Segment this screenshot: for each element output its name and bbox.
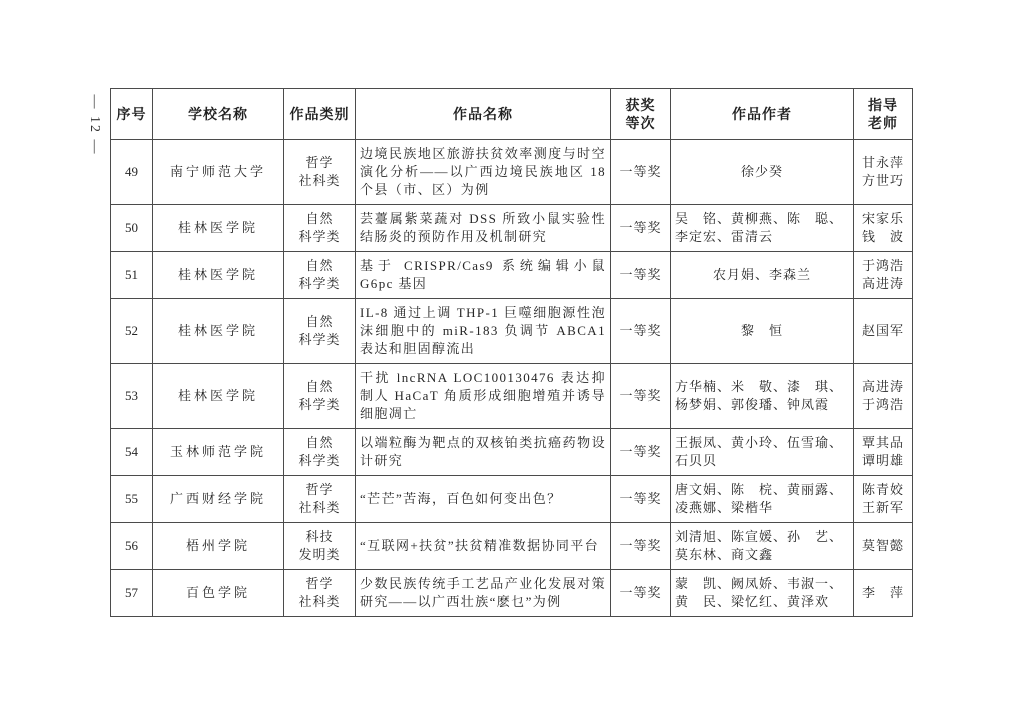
cell-authors: 黎 恒 bbox=[671, 299, 854, 364]
col-header-category: 作品类别 bbox=[284, 89, 356, 140]
cell-teachers: 于鸿浩 高进涛 bbox=[854, 252, 913, 299]
cell-authors: 王振凤、黄小玲、伍雪瑜、石贝贝 bbox=[671, 429, 854, 476]
cell-teachers: 覃其品 谭明雄 bbox=[854, 429, 913, 476]
cell-work-title: 少数民族传统手工艺品产业化发展对策研究——以广西壮族“麽乜”为例 bbox=[356, 570, 611, 617]
cell-award-level: 一等奖 bbox=[611, 140, 671, 205]
cell-authors: 徐少癸 bbox=[671, 140, 854, 205]
cell-authors: 蒙 凯、阙凤娇、韦淑一、黄 民、梁忆红、黄泽欢 bbox=[671, 570, 854, 617]
table-row: 49 南宁师范大学 哲学 社科类 边境民族地区旅游扶贫效率测度与时空演化分析——… bbox=[111, 140, 913, 205]
table-header: 序号 学校名称 作品类别 作品名称 获奖 等次 作品作者 指导 老师 bbox=[111, 89, 913, 140]
cell-school-name: 梧州学院 bbox=[153, 523, 284, 570]
cell-award-level: 一等奖 bbox=[611, 570, 671, 617]
cell-authors: 吴 铭、黄柳燕、陈 聪、李定宏、雷清云 bbox=[671, 205, 854, 252]
cell-school-name: 桂林医学院 bbox=[153, 364, 284, 429]
cell-authors: 农月娟、李森兰 bbox=[671, 252, 854, 299]
table-row: 50 桂林医学院 自然 科学类 芸薹属紫菜蔬对 DSS 所致小鼠实验性结肠炎的预… bbox=[111, 205, 913, 252]
cell-work-title: “互联网+扶贫”扶贫精准数据协同平台 bbox=[356, 523, 611, 570]
cell-school-name: 桂林医学院 bbox=[153, 252, 284, 299]
page-number: — 12 — bbox=[86, 81, 102, 169]
cell-teachers: 莫智懿 bbox=[854, 523, 913, 570]
table-row: 55 广西财经学院 哲学 社科类 “芒芒”苦海，百色如何变出色？ 一等奖 唐文娟… bbox=[111, 476, 913, 523]
cell-index: 53 bbox=[111, 364, 153, 429]
cell-work-category: 哲学 社科类 bbox=[284, 140, 356, 205]
cell-index: 52 bbox=[111, 299, 153, 364]
cell-work-category: 自然 科学类 bbox=[284, 429, 356, 476]
cell-teachers: 高进涛 于鸿浩 bbox=[854, 364, 913, 429]
cell-index: 57 bbox=[111, 570, 153, 617]
col-header-authors: 作品作者 bbox=[671, 89, 854, 140]
cell-index: 56 bbox=[111, 523, 153, 570]
cell-work-category: 自然 科学类 bbox=[284, 205, 356, 252]
cell-work-title: IL-8 通过上调 THP-1 巨噬细胞源性泡沫细胞中的 miR-183 负调节… bbox=[356, 299, 611, 364]
cell-work-title: 芸薹属紫菜蔬对 DSS 所致小鼠实验性结肠炎的预防作用及机制研究 bbox=[356, 205, 611, 252]
col-header-school: 学校名称 bbox=[153, 89, 284, 140]
cell-teachers: 宋家乐 钱 波 bbox=[854, 205, 913, 252]
cell-work-title: 以端粒酶为靶点的双核铂类抗癌药物设计研究 bbox=[356, 429, 611, 476]
cell-school-name: 百色学院 bbox=[153, 570, 284, 617]
col-header-teachers: 指导 老师 bbox=[854, 89, 913, 140]
cell-authors: 唐文娟、陈 梡、黄丽露、凌燕娜、梁楷华 bbox=[671, 476, 854, 523]
awards-table: 序号 学校名称 作品类别 作品名称 获奖 等次 作品作者 指导 老师 49 南宁… bbox=[110, 88, 913, 617]
cell-index: 51 bbox=[111, 252, 153, 299]
table-row: 53 桂林医学院 自然 科学类 干扰 lncRNA LOC100130476 表… bbox=[111, 364, 913, 429]
table-row: 54 玉林师范学院 自然 科学类 以端粒酶为靶点的双核铂类抗癌药物设计研究 一等… bbox=[111, 429, 913, 476]
cell-award-level: 一等奖 bbox=[611, 299, 671, 364]
table-row: 57 百色学院 哲学 社科类 少数民族传统手工艺品产业化发展对策研究——以广西壮… bbox=[111, 570, 913, 617]
cell-work-title: 干扰 lncRNA LOC100130476 表达抑制人 HaCaT 角质形成细… bbox=[356, 364, 611, 429]
cell-school-name: 广西财经学院 bbox=[153, 476, 284, 523]
cell-school-name: 桂林医学院 bbox=[153, 299, 284, 364]
cell-school-name: 南宁师范大学 bbox=[153, 140, 284, 205]
cell-award-level: 一等奖 bbox=[611, 364, 671, 429]
col-header-title: 作品名称 bbox=[356, 89, 611, 140]
cell-work-category: 哲学 社科类 bbox=[284, 476, 356, 523]
cell-work-category: 自然 科学类 bbox=[284, 299, 356, 364]
cell-school-name: 桂林医学院 bbox=[153, 205, 284, 252]
cell-index: 54 bbox=[111, 429, 153, 476]
cell-school-name: 玉林师范学院 bbox=[153, 429, 284, 476]
cell-index: 49 bbox=[111, 140, 153, 205]
cell-work-category: 科技 发明类 bbox=[284, 523, 356, 570]
cell-work-title: 基于 CRISPR/Cas9 系统编辑小鼠 G6pc 基因 bbox=[356, 252, 611, 299]
header-row: 序号 学校名称 作品类别 作品名称 获奖 等次 作品作者 指导 老师 bbox=[111, 89, 913, 140]
col-header-award: 获奖 等次 bbox=[611, 89, 671, 140]
cell-work-category: 自然 科学类 bbox=[284, 252, 356, 299]
cell-work-category: 哲学 社科类 bbox=[284, 570, 356, 617]
cell-award-level: 一等奖 bbox=[611, 205, 671, 252]
cell-work-title: 边境民族地区旅游扶贫效率测度与时空演化分析——以广西边境民族地区 18 个县（市… bbox=[356, 140, 611, 205]
col-header-index: 序号 bbox=[111, 89, 153, 140]
cell-teachers: 陈青姣 王新军 bbox=[854, 476, 913, 523]
cell-teachers: 李 萍 bbox=[854, 570, 913, 617]
table-body: 49 南宁师范大学 哲学 社科类 边境民族地区旅游扶贫效率测度与时空演化分析——… bbox=[111, 140, 913, 617]
cell-work-category: 自然 科学类 bbox=[284, 364, 356, 429]
cell-authors: 刘清旭、陈宣媛、孙 艺、莫东林、商文鑫 bbox=[671, 523, 854, 570]
cell-teachers: 甘永萍 方世巧 bbox=[854, 140, 913, 205]
table-row: 56 梧州学院 科技 发明类 “互联网+扶贫”扶贫精准数据协同平台 一等奖 刘清… bbox=[111, 523, 913, 570]
table-row: 51 桂林医学院 自然 科学类 基于 CRISPR/Cas9 系统编辑小鼠 G6… bbox=[111, 252, 913, 299]
cell-award-level: 一等奖 bbox=[611, 523, 671, 570]
cell-work-title: “芒芒”苦海，百色如何变出色？ bbox=[356, 476, 611, 523]
table-row: 52 桂林医学院 自然 科学类 IL-8 通过上调 THP-1 巨噬细胞源性泡沫… bbox=[111, 299, 913, 364]
cell-award-level: 一等奖 bbox=[611, 429, 671, 476]
cell-index: 55 bbox=[111, 476, 153, 523]
cell-teachers: 赵国军 bbox=[854, 299, 913, 364]
cell-index: 50 bbox=[111, 205, 153, 252]
cell-authors: 方华楠、米 敬、漆 琪、杨梦娟、郭俊璠、钟凤霞 bbox=[671, 364, 854, 429]
cell-award-level: 一等奖 bbox=[611, 476, 671, 523]
cell-award-level: 一等奖 bbox=[611, 252, 671, 299]
